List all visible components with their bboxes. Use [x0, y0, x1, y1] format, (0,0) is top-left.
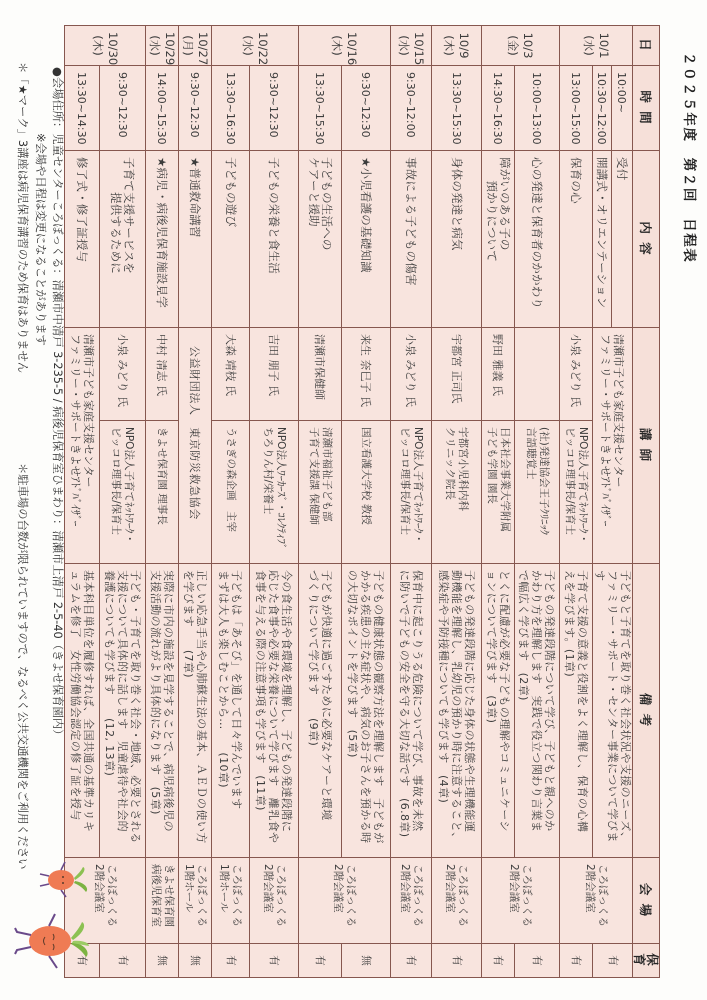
- venue-cell: ころぼっくる 2階会議室: [391, 858, 432, 944]
- notes-cell: とくに配慮が必要な子どもの理解やコミュニケーシ ョンについて学びます (3章): [482, 564, 515, 858]
- lecturer-affiliation-cell: NPO法人子育てﾈｯﾄﾜｰｸ・ ピッコロ理事長/保育士: [100, 421, 146, 564]
- content-cell: 障がいのある子の 預かりについて: [482, 151, 515, 328]
- date-cell: 10/15(水): [391, 26, 432, 66]
- schedule-row: 13:30~15:30 子どもの生活への ケアーと援助 清瀬市保健師 清瀬市福祉…: [299, 26, 342, 978]
- lecturer-name-cell: 小泉 みどり 氏: [560, 328, 593, 421]
- footnote-venue-address: ●会場住所：児童センターころぼっくる：清瀬市中清戸 3-235-5 / 病後児保…: [50, 67, 64, 740]
- time-cell: 10:00~13:00: [515, 66, 560, 151]
- footnote-schedule-change: ※会場や日程は変更になることがあります: [33, 133, 47, 346]
- childcare-cell: 有: [560, 944, 593, 978]
- weekday-label: (水): [581, 32, 596, 59]
- page-title: ２０２５年度 第２回 日程表: [681, 52, 701, 263]
- childcare-cell: 有: [250, 944, 299, 978]
- weekday-label: (水): [240, 32, 255, 59]
- notes-cell: 正しい応急手当や心肺蘇生法の基本、ＡＥＤの使い方 を学びます (7章): [179, 564, 212, 858]
- date-cell: 10/29(水): [146, 26, 179, 66]
- date-label: 10/27: [195, 32, 210, 59]
- lecturer-name-cell: 小泉 みどり 氏: [100, 328, 146, 421]
- content-cell: 子どもの生活への ケアーと援助: [299, 151, 342, 328]
- header-lecturer: 講 師: [633, 328, 660, 564]
- content-cell: 子育て支援サービスを 提供するために: [100, 151, 146, 328]
- time-cell: 10:00~: [611, 66, 632, 151]
- notes-cell: 子どもの健康状態の観察方法を理解します 子どもが かかる疾患の主な症状や、病気の…: [342, 564, 391, 858]
- lecturer-name-cell: 来生 奈巳子 氏: [342, 328, 391, 421]
- content-cell: 修了式・修了証授与: [65, 151, 100, 328]
- content-cell: ★病児・病後児保育施設見学: [146, 151, 179, 328]
- lecturer-name-cell: 大森 靖枝 氏: [212, 328, 250, 421]
- notes-cell: 保育中に起こりうる危険について学び、事故を未然 に防いで子どもの安全を守る大切な…: [391, 564, 432, 858]
- childcare-cell: 有: [515, 944, 560, 978]
- lecturer-name-cell: [515, 328, 560, 421]
- lecturer-name-cell: 宇都宮 正司氏: [432, 328, 482, 421]
- date-label: 10/1: [596, 32, 611, 59]
- date-label: 10/30: [105, 32, 120, 59]
- time-cell: 14:00~15:30: [146, 66, 179, 151]
- notes-cell: 子どもが快適に過ごすために必要なケアーと環境 づくりについて学びます (9章): [299, 564, 342, 858]
- schedule-row: 10/16(木) 9:30~12:30 ★小児看護の基礎知識 来生 奈巳子 氏 …: [342, 26, 391, 978]
- schedule-row: 10/22(水) 9:30~12:30 子どもの栄養と食生活 吉田 朋子 氏 N…: [250, 26, 299, 978]
- lecturer-affiliation-cell: きよせ保育園 理事長: [146, 421, 179, 564]
- notes-cell: 子どもの発達段階に応じた身体の状態や生理機能運 動機能を理解し、乳幼児の預かり時…: [432, 564, 482, 858]
- date-cell: 10/30(木): [65, 26, 146, 66]
- content-cell: 保育の心: [560, 151, 593, 328]
- weekday-label: (月): [180, 32, 195, 59]
- lecturer-name-cell: 清瀬市保健師: [299, 328, 342, 421]
- time-cell: 13:30~15:30: [299, 66, 342, 151]
- time-cell: 9:30~12:30: [179, 66, 212, 151]
- date-cell: 10/9(木): [432, 26, 482, 66]
- venue-cell: ころぼっくる 2階会議室: [299, 858, 391, 944]
- lecturer-name-cell: 野田 雅義 氏: [482, 328, 515, 421]
- lecturer-affiliation-cell: うさぎの森企画 主宰: [212, 421, 250, 564]
- date-cell: 10/3(金): [482, 26, 560, 66]
- venue-cell: ころぼっくる 1階ホール: [179, 858, 212, 944]
- schedule-table: 日 時 間 内 容 講 師 備 考 会 場 保育 10/1(水) 10:00~ …: [64, 25, 660, 978]
- childcare-cell: 有: [593, 944, 633, 978]
- schedule-row: 13:00~15:00 保育の心 小泉 みどり 氏 NPO法人子育てﾈｯﾄﾜｰｸ…: [560, 26, 593, 978]
- childcare-cell: 無: [179, 944, 212, 978]
- schedule-row: 10/15(水) 9:30~12:00 事故による子どもの傷害 小泉 みどり 氏…: [391, 26, 432, 978]
- venue-cell: ころぼっくる 2階会議室: [482, 858, 560, 944]
- date-label: 10/3: [521, 32, 536, 59]
- notes-cell: 基本科目単位を履修すれば、全国共通の基準カリキ ュラムを修了 女性労働協会認定の…: [65, 564, 100, 858]
- lecturer-affiliation-cell: NPO法人ﾜｰｶｰｽﾞ・ｺﾚｸﾃｨﾌﾞ ちろりん村/栄養士: [250, 421, 299, 564]
- childcare-cell: 有: [212, 944, 250, 978]
- venue-cell: ころぼっくる 2階会議室: [432, 858, 482, 944]
- time-cell: 13:30~14:30: [65, 66, 100, 151]
- schedule-row: 10/9(木) 13:30~15:30 身体の発達と病気 宇都宮 正司氏 宇都宮…: [432, 26, 482, 978]
- lecturer-affiliation-cell: (社)発達協会王子ｸﾘﾆｯｸ 言語聴覚士: [515, 421, 560, 564]
- header-venue: 会 場: [633, 858, 660, 944]
- lecturer-name-cell: 中村 清志 氏: [146, 328, 179, 421]
- date-label: 10/29: [162, 32, 177, 59]
- header-row: 日 時 間 内 容 講 師 備 考 会 場 保育: [633, 26, 660, 978]
- schedule-row: 14:30~16:30 障がいのある子の 預かりについて 野田 雅義 氏 日本社…: [482, 26, 515, 978]
- time-cell: 9:30~12:30: [100, 66, 146, 151]
- lecturer-affiliation-cell: 宇都宮小児科内科 クリニック院長: [432, 421, 482, 564]
- weekday-label: (水): [147, 32, 162, 59]
- big-carrot-icon: [15, 914, 89, 968]
- schedule-row: 13:30~14:30 修了式・修了証授与 清瀬市子ども家庭支援センター ファミ…: [65, 26, 100, 978]
- header-childcare: 保育: [633, 944, 660, 978]
- notes-cell: 子ども・子育てを取り巻く社会・地域、必要とされる 支援について具体的に話します …: [100, 564, 146, 858]
- date-label: 10/22: [255, 32, 270, 59]
- lecturer-cell: 清瀬市子ども家庭支援センター ファミリー・サポートきよせｱﾄﾞﾊﾞｲｻﾞｰ: [593, 328, 633, 564]
- date-label: 10/15: [411, 32, 426, 59]
- content-cell: ★普通救命講習: [179, 151, 212, 328]
- schedule-row: 10/3(金) 10:00~13:00 心の発達と保育者のかかわり (社)発達協…: [515, 26, 560, 978]
- content-cell: 受付: [611, 151, 632, 328]
- date-cell: 10/22(水): [212, 26, 299, 66]
- weekday-label: (木): [330, 32, 345, 59]
- childcare-cell: 有: [299, 944, 342, 978]
- date-label: 10/16: [345, 32, 360, 59]
- lecturer-name-cell: 小泉 みどり 氏: [391, 328, 432, 421]
- schedule-row: 13:30~16:30 子どもの遊び 大森 靖枝 氏 うさぎの森企画 主宰 子ど…: [212, 26, 250, 978]
- lecturer-cell: 清瀬市子ども家庭支援センター ファミリー・サポートきよせｱﾄﾞﾊﾞｲｻﾞｰ: [65, 328, 100, 564]
- header-notes: 備 考: [633, 564, 660, 858]
- lecturer-affiliation-cell: 清瀬市福祉子ども部 子育て支援課 保健師: [299, 421, 342, 564]
- date-cell: 10/27(月): [179, 26, 212, 66]
- schedule-row: 10/27(月) 9:30~12:30 ★普通救命講習 公益財団法人 東京防災救…: [179, 26, 212, 978]
- lecturer-affiliation-cell: 日本社会事業大学附属 子ども学園 園長: [482, 421, 515, 564]
- venue-cell: ころぼっくる 2階会議室: [250, 858, 299, 944]
- date-cell: 10/16(木): [299, 26, 391, 66]
- venue-cell: ころぼっくる 1階ホール: [212, 858, 250, 944]
- venue-cell: ころぼっくる 2階会議室: [560, 858, 633, 944]
- childcare-cell: 有: [391, 944, 432, 978]
- footnote-parking: ＊駐車場の台数が限られていますので、なるべく公共交通機関をご利用ください: [15, 463, 29, 869]
- schedule-row: 10/1(水) 10:00~ 受付 清瀬市子ども家庭支援センター ファミリー・サ…: [611, 26, 632, 978]
- childcare-cell: 有: [482, 944, 515, 978]
- venue-cell: きよせ保育園 病後児保育室: [146, 858, 179, 944]
- childcare-cell: 無: [342, 944, 391, 978]
- content-cell: 身体の発達と病気: [432, 151, 482, 328]
- content-cell: 事故による子どもの傷害: [391, 151, 432, 328]
- time-cell: 9:30~12:30: [250, 66, 299, 151]
- lecturer-cell: 公益財団法人 東京防災救急協会: [179, 328, 212, 564]
- notes-cell: 子どもの発達段階について学び、子どもと親へのか かわり方を理解します 実践で役立…: [515, 564, 560, 858]
- time-cell: 14:30~16:30: [482, 66, 515, 151]
- content-cell: 子どもの遊び: [212, 151, 250, 328]
- lecturer-affiliation-cell: 国立看護大学校 教授: [342, 421, 391, 564]
- schedule-row: 10/30(木) 9:30~12:30 子育て支援サービスを 提供するために 小…: [100, 26, 146, 978]
- schedule-document-page: ２０２５年度 第２回 日程表 日 時 間 内 容 講 師 備 考 会 場 保育 …: [0, 0, 707, 1000]
- childcare-cell: 有: [100, 944, 146, 978]
- date-cell: 10/1(水): [560, 26, 633, 66]
- lecturer-affiliation-cell: NPO法人子育てﾈｯﾄﾜｰｸ・ ピッコロ理事長/保育士: [560, 421, 593, 564]
- date-label: 10/9: [457, 32, 472, 59]
- schedule-row: 10/29(水) 14:00~15:30 ★病児・病後児保育施設見学 中村 清志…: [146, 26, 179, 978]
- notes-cell: 子どもと子育てを取り巻く社会状況や支援のニーズ、 ファミリー・サポート・センター…: [593, 564, 633, 858]
- childcare-cell: 有: [432, 944, 482, 978]
- lecturer-name-cell: 吉田 朋子 氏: [250, 328, 299, 421]
- notes-cell: 実際に市内の施設を見学することで、病児病後児の 支援活動の流れがより具体的になり…: [146, 564, 179, 858]
- header-date: 日: [633, 26, 660, 66]
- notes-cell: 子育て支援の意義と役割をよく理解し、保育の心構 えを学びます。(1章): [560, 564, 593, 858]
- time-cell: 13:30~15:30: [432, 66, 482, 151]
- notes-cell: 子どもは「あそび」を通して日々学んでいます まずは大人も楽しむことから… (10…: [212, 564, 250, 858]
- childcare-cell: 無: [146, 944, 179, 978]
- lecturer-affiliation-cell: NPO法人子育てﾈｯﾄﾜｰｸ・ ピッコロ理事長/保育士: [391, 421, 432, 564]
- header-time: 時 間: [633, 66, 660, 151]
- time-cell: 10:30~12:00: [593, 66, 612, 151]
- content-cell: 子どもの栄養と食生活: [250, 151, 299, 328]
- content-cell: 開講式・オリエンテーション: [593, 151, 612, 328]
- weekday-label: (金): [506, 32, 521, 59]
- small-carrot-icon: [40, 862, 87, 897]
- content-cell: ★小児看護の基礎知識: [342, 151, 391, 328]
- footnote-star-mark: ＊「★マーク」3講座は病児保育講習のため保育はありません: [15, 62, 29, 373]
- time-cell: 13:30~16:30: [212, 66, 250, 151]
- carrot-mascot-illustration: [5, 850, 95, 990]
- header-content: 内 容: [633, 151, 660, 328]
- weekday-label: (水): [396, 32, 411, 59]
- time-cell: 9:30~12:00: [391, 66, 432, 151]
- notes-cell: 今の食生活や食環境を理解し、子どもの発達段階に 応じた食事や必要な栄養について学…: [250, 564, 299, 858]
- weekday-label: (木): [442, 32, 457, 59]
- content-cell: 心の発達と保育者のかかわり: [515, 151, 560, 328]
- time-cell: 13:00~15:00: [560, 66, 593, 151]
- weekday-label: (木): [90, 32, 105, 59]
- time-cell: 9:30~12:30: [342, 66, 391, 151]
